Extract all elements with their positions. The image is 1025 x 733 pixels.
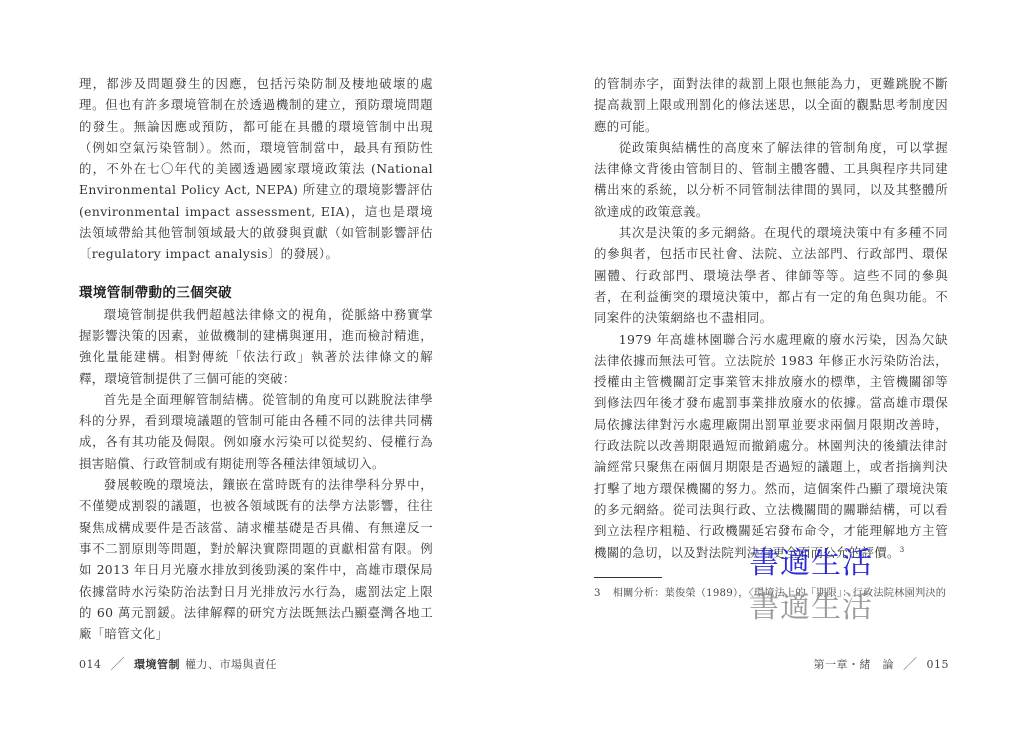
paragraph: 其次是決策的多元網絡。在現代的環境決策中有多種不同的參與者，包括市民社會、法院、…: [594, 222, 948, 328]
right-running-footer: 第一章・緒 論／015: [814, 653, 950, 673]
book-subtitle: 權力、市場與責任: [185, 658, 277, 671]
left-page: 理，都涉及問題發生的因應，包括污染防制及棲地破壞的處理。但也有許多環境管制在於透…: [0, 0, 512, 733]
page-number: 015: [927, 658, 950, 671]
paragraph: 的管制赤字，面對法律的裁罰上限也無能為力，更難跳脫不斷提高裁罰上限或刑罰化的修法…: [594, 73, 948, 137]
left-page-body: 理，都涉及問題發生的因應，包括污染防制及棲地破壞的處理。但也有許多環境管制在於透…: [79, 73, 433, 644]
page-number: 014: [79, 658, 102, 671]
paragraph-text: 1979 年高雄林園聯合污水處理廠的廢水污染，因為欠缺法律依據而無法可管。立法院…: [594, 332, 948, 560]
footnote-marker[interactable]: 3: [900, 545, 905, 553]
footer-separator: ／: [903, 654, 918, 674]
paragraph: 從政策與結構性的高度來了解法律的管制角度，可以掌握法律條文背後由管制目的、管制主…: [594, 137, 948, 222]
chapter-title: 第一章・緒 論: [814, 658, 895, 671]
paragraph: 首先是全面理解管制結構。從管制的角度可以跳脫法律學科的分界，看到環境議題的管制可…: [79, 389, 433, 474]
book-title: 環境管制: [134, 658, 180, 671]
footnote-number: 3: [594, 588, 601, 599]
paragraph-with-footnote: 1979 年高雄林園聯合污水處理廠的廢水污染，因為欠缺法律依據而無法可管。立法院…: [594, 329, 948, 563]
paragraph: 環境管制提供我們超越法律條文的視角，從脈絡中務實掌握影響決策的因素，並做機制的建…: [79, 304, 433, 389]
paragraph: 理，都涉及問題發生的因應，包括污染防制及棲地破壞的處理。但也有許多環境管制在於透…: [79, 73, 433, 265]
section-heading: 環境管制帶動的三個突破: [79, 282, 433, 304]
right-page-body: 的管制赤字，面對法律的裁罰上限也無能為力，更難跳脫不斷提高裁罰上限或刑罰化的修法…: [594, 73, 948, 563]
footer-separator: ／: [111, 654, 126, 674]
paragraph: 發展較晚的環境法，鑲嵌在當時既有的法律學科分界中，不僅變成割裂的議題，也被各領域…: [79, 474, 433, 644]
watermark-primary: 書適生活: [749, 549, 873, 579]
footnote-divider: [594, 577, 662, 578]
left-running-footer: 014／環境管制權力、市場與責任: [79, 653, 277, 673]
watermark-secondary: 書適生活: [749, 593, 873, 623]
